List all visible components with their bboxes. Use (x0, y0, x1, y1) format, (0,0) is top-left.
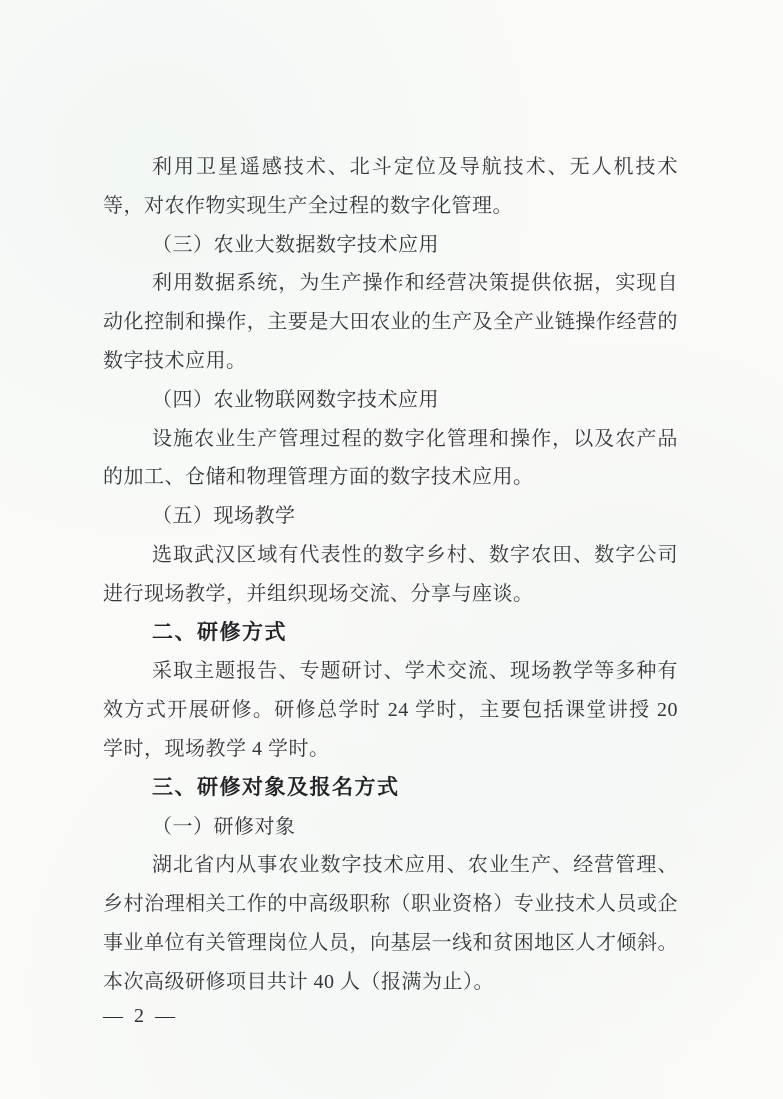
paragraph: 利用数据系统，为生产操作和经营决策提供依据，实现自动化控制和操作，主要是大田农业… (103, 264, 678, 380)
sub-section-heading: （四）农业物联网数字技术应用 (103, 381, 678, 420)
sub-section-heading: （五）现场教学 (103, 497, 678, 536)
sub-section-heading: （一）研修对象 (103, 808, 678, 847)
paragraph: 利用卫星遥感技术、北斗定位及导航技术、无人机技术等，对农作物实现生产全过程的数字… (103, 148, 678, 226)
section-heading: 二、研修方式 (103, 614, 678, 653)
document-page: 利用卫星遥感技术、北斗定位及导航技术、无人机技术等，对农作物实现生产全过程的数字… (0, 0, 783, 1099)
paragraph: 设施农业生产管理过程的数字化管理和操作，以及农产品的加工、仓储和物理管理方面的数… (103, 420, 678, 498)
paragraph: 采取主题报告、专题研讨、学术交流、现场教学等多种有效方式开展研修。研修总学时 2… (103, 652, 678, 768)
page-body-text: 利用卫星遥感技术、北斗定位及导航技术、无人机技术等，对农作物实现生产全过程的数字… (103, 148, 678, 1002)
section-heading: 三、研修对象及报名方式 (103, 769, 678, 808)
paragraph: 选取武汉区域有代表性的数字乡村、数字农田、数字公司进行现场教学，并组织现场交流、… (103, 536, 678, 614)
paragraph: 湖北省内从事农业数字技术应用、农业生产、经营管理、乡村治理相关工作的中高级职称（… (103, 846, 678, 1001)
sub-section-heading: （三）农业大数据数字技术应用 (103, 226, 678, 265)
page-number: — 2 — (103, 1005, 178, 1028)
